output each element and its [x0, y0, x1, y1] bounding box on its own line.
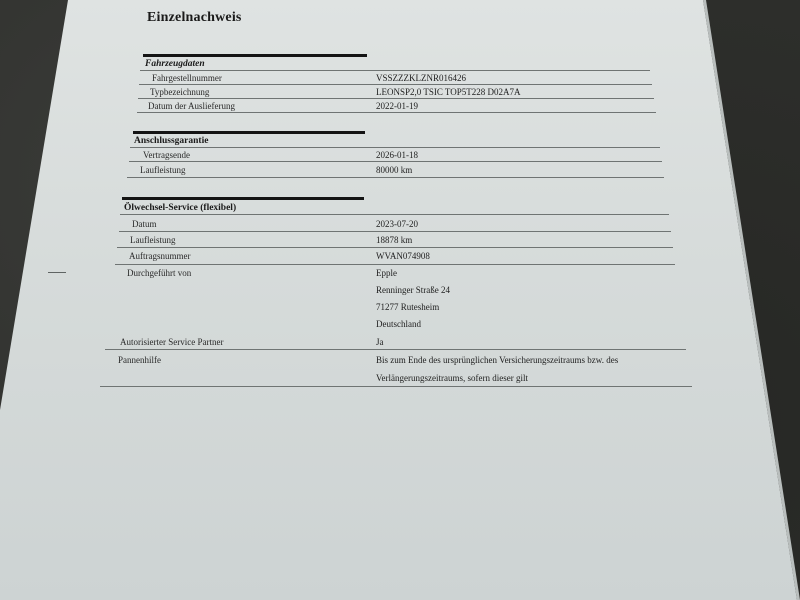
rule: [105, 349, 686, 350]
section-title-oil-service: Ölwechsel-Service (flexibel): [124, 203, 236, 213]
rule: [129, 161, 662, 162]
section-bar-warranty: [133, 131, 365, 134]
rule: [127, 177, 664, 178]
value-delivery-date: 2022-01-19: [376, 101, 418, 111]
rule: [100, 386, 692, 387]
value-performed-by-line2: Renninger Straße 24: [376, 285, 450, 295]
section-title-warranty: Anschlussgarantie: [134, 136, 208, 146]
margin-mark: [48, 272, 66, 273]
rule: [140, 70, 650, 71]
section-title-vehicle: Fahrzeugdaten: [145, 59, 205, 69]
rule: [139, 84, 652, 85]
rule: [137, 112, 656, 113]
label-type: Typbezeichnung: [150, 87, 209, 97]
value-performed-by-line1: Epple: [376, 268, 397, 278]
label-breakdown-assistance: Pannenhilfe: [118, 355, 161, 365]
value-warranty-mileage: 80000 km: [376, 165, 412, 175]
rule: [120, 214, 669, 215]
value-chassis-number: VSSZZZKLZNR016426: [376, 73, 466, 83]
value-breakdown-line1: Bis zum Ende des ursprünglichen Versiche…: [376, 355, 618, 365]
value-performed-by-line4: Deutschland: [376, 319, 421, 329]
label-performed-by: Durchgeführt von: [127, 268, 191, 278]
rule: [115, 264, 675, 265]
value-type: LEONSP2,0 TSIC TOP5T228 D02A7A: [376, 87, 521, 97]
label-authorized-partner: Autorisierter Service Partner: [120, 337, 223, 347]
value-breakdown-line2: Verlängerungszeitraums, sofern dieser gi…: [376, 373, 528, 383]
rule: [130, 147, 660, 148]
section-bar-vehicle: [143, 54, 367, 57]
label-warranty-mileage: Laufleistung: [140, 165, 186, 175]
label-service-date: Datum: [132, 219, 157, 229]
value-performed-by-line3: 71277 Rutesheim: [376, 302, 439, 312]
label-order-number: Auftragsnummer: [129, 251, 190, 261]
label-contract-end: Vertragsende: [143, 150, 190, 160]
value-contract-end: 2026-01-18: [376, 150, 418, 160]
label-service-mileage: Laufleistung: [130, 235, 176, 245]
value-service-date: 2023-07-20: [376, 219, 418, 229]
value-service-mileage: 18878 km: [376, 235, 412, 245]
rule: [119, 231, 671, 232]
section-bar-oil-service: [122, 197, 364, 200]
value-authorized-partner: Ja: [376, 337, 384, 347]
document-title: Einzelnachweis: [147, 10, 242, 26]
label-chassis-number: Fahrgestellnummer: [152, 73, 222, 83]
rule: [138, 98, 654, 99]
rule: [117, 247, 673, 248]
value-order-number: WVAN074908: [376, 251, 430, 261]
label-delivery-date: Datum der Auslieferung: [148, 101, 235, 111]
